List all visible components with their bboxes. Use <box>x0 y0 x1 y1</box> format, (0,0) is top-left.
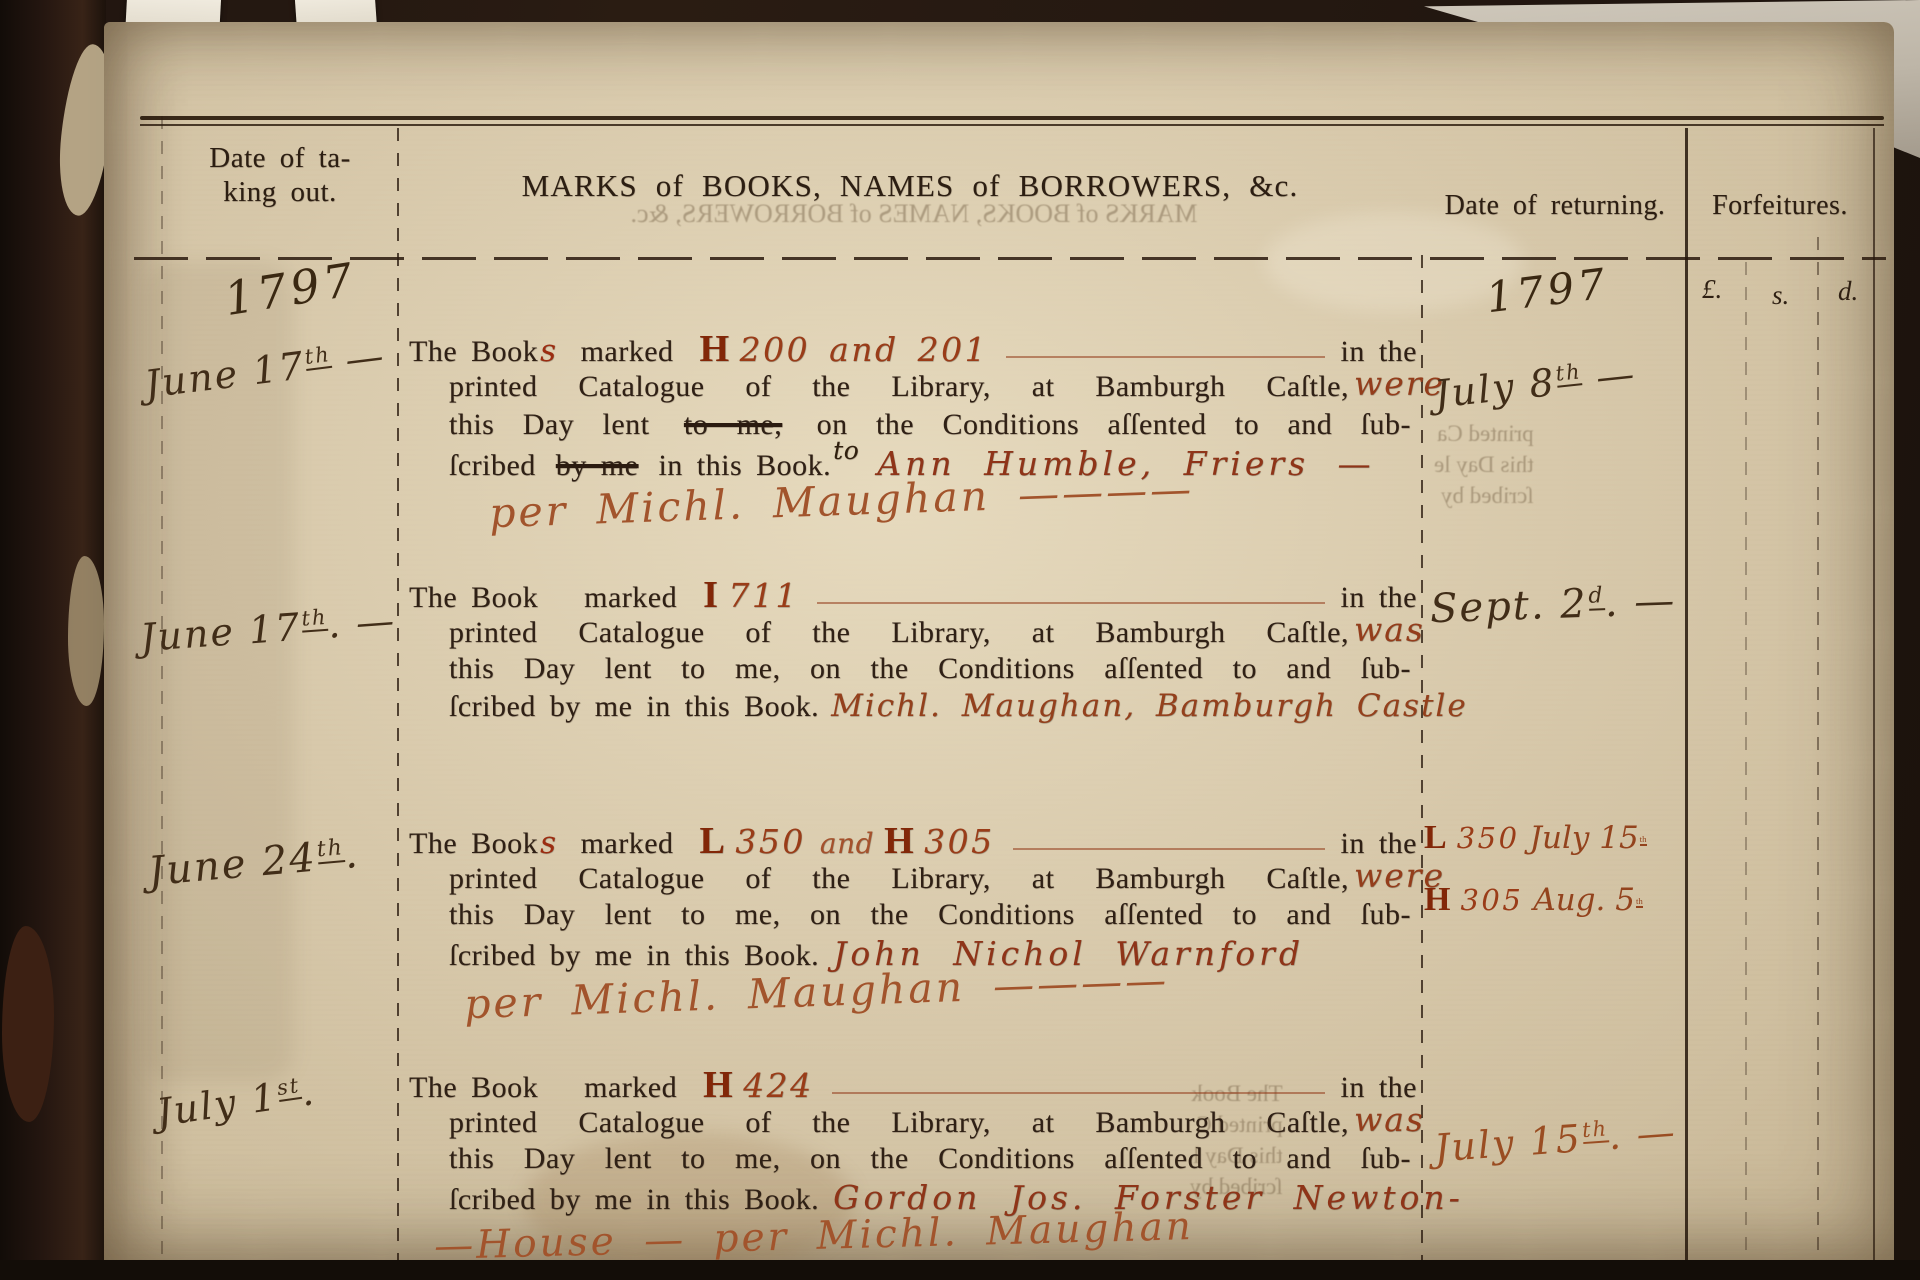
ledger-photograph: MARKS of BOOKS, NAMES of BORROWERS, &c. … <box>0 0 1920 1280</box>
entry3-date-returned-2: H305 Aug. 5th <box>1424 882 1643 918</box>
entry1-line2: printed Catalogue of the Library, at Bam… <box>449 370 1349 404</box>
header-date-of-taking-out: Date of ta- <box>160 142 400 175</box>
entry2-line2: printed Catalogue of the Library, at Bam… <box>449 616 1349 650</box>
entry1-date-returned: July 8th — <box>1432 352 1638 417</box>
column-rule-right-edge <box>1873 128 1875 1266</box>
entry2-line3: this Day lent to me, on the Conditions a… <box>449 652 1411 686</box>
entry2-borrower-signature: Michl. Maughan, Bamburgh Castle <box>831 688 1468 724</box>
entry3-date-returned-1: L350 July 15th <box>1424 820 1647 856</box>
struck-words: by me <box>556 449 639 482</box>
entry2-line4: ſcribed by me in this Book.Michl. Maugha… <box>449 688 1468 724</box>
entry4-line2: printed Catalogue of the Library, at Bam… <box>449 1106 1349 1140</box>
header-shillings: s. <box>1772 280 1789 311</box>
entry4-verb-handwritten: was <box>1354 1100 1425 1139</box>
red-ink-dash <box>832 1092 1325 1094</box>
entry3-line1: The Books marked L350 and H305 in the <box>409 822 1417 861</box>
entry4-date-returned: July 15th. — <box>1433 1110 1678 1171</box>
ledger-page: MARKS of BOOKS, NAMES of BORROWERS, &c. … <box>104 22 1894 1266</box>
entry3-line2: printed Catalogue of the Library, at Bam… <box>449 862 1349 896</box>
header-date-of-taking-out: king out. <box>160 176 400 209</box>
entry2-date-returned: Sept. 2d. — <box>1429 578 1677 633</box>
red-ink-dash <box>1013 848 1325 850</box>
red-ink-dash <box>1006 356 1324 358</box>
entry2-verb-handwritten: was <box>1354 610 1425 649</box>
entry2-line1: The Book marked I711 in the <box>409 576 1417 615</box>
column-rule-shillings <box>1745 262 1747 1266</box>
entry1-verb-handwritten: were <box>1354 364 1445 403</box>
header-forfeitures: Forfeitures. <box>1688 190 1872 222</box>
entry1-line3: this Day lent to me, on the Conditions a… <box>449 408 1411 442</box>
top-double-rule <box>140 124 1884 126</box>
column-rule-dateout <box>397 128 399 1266</box>
entry1-line1: The Books marked H200 and 201 in the <box>409 330 1417 369</box>
header-marks-of-books: MARKS of BOOKS, NAMES of BORROWERS, &c. <box>400 168 1420 204</box>
column-rule-forfeitures <box>1685 128 1688 1266</box>
entry4-line1: The Book marked H424 in the <box>409 1066 1417 1105</box>
photo-bottom-shadow <box>0 1260 1920 1280</box>
header-pounds: £. <box>1702 274 1722 305</box>
showthrough-text: printed Ca this Day le ſcribed by <box>1434 418 1534 511</box>
inserted-word: to <box>833 436 859 465</box>
header-pence: d. <box>1838 276 1858 307</box>
entry3-line3: this Day lent to me, on the Conditions a… <box>449 898 1411 932</box>
struck-words: to me, <box>684 408 782 441</box>
column-rule-pence <box>1817 237 1819 1266</box>
entry4-line3: this Day lent to me, on the Conditions a… <box>449 1142 1411 1176</box>
top-double-rule <box>140 116 1884 120</box>
header-date-of-returning: Date of returning. <box>1426 190 1684 222</box>
red-ink-dash <box>817 602 1325 604</box>
